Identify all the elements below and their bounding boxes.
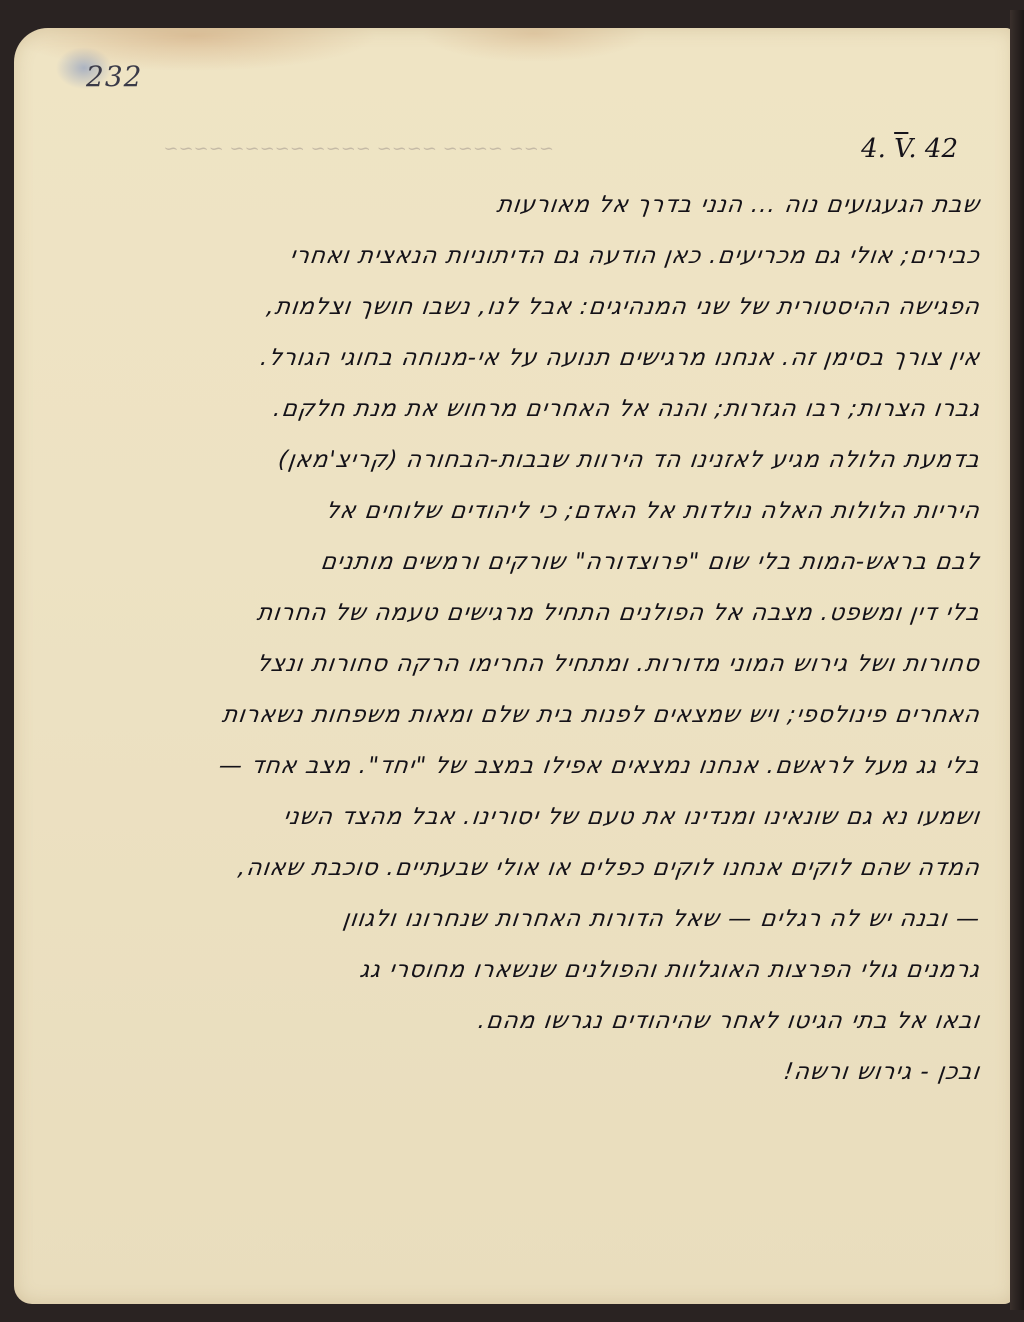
scanned-document: 232 ~~~ ~~~~ ~~~~ ~~~~ ~~~~~ ~~~~ 4. V. … <box>0 0 1024 1322</box>
entry-date: 4. V. 42 <box>861 134 958 164</box>
text-line: גברו הצרות; רבו הגזרות; והנה אל האחרים מ… <box>56 384 983 435</box>
text-line: בלי דין ומשפט. מצבה אל הפולנים התחיל מרג… <box>56 588 983 639</box>
text-line: האחרים פינולספי; ויש שמצאים לפנות בית של… <box>56 690 983 741</box>
text-line: אין צורך בסימן זה. אנחנו מרגישים תנועה ע… <box>56 333 983 384</box>
date-month: V <box>894 134 908 164</box>
text-line: בדמעת הלולה מגיע לאזנינו הד הירוות שבבות… <box>56 435 983 486</box>
text-line: המדה שהם לוקים אנחנו לוקים כפלים או אולי… <box>56 843 983 894</box>
text-line: סחורות ושל גירוש המוני מדורות. ומתחיל הח… <box>56 639 983 690</box>
book-spine-edge <box>1010 10 1024 1310</box>
diary-entry-body: שבת הגעגועים נוה ... הנני בדרך אל מאורעו… <box>60 180 980 1098</box>
date-day: 4. <box>861 134 886 164</box>
text-line: כבירים; אולי גם מכריעים. כאן הודעה גם הד… <box>56 231 983 282</box>
text-line: בלי גג מעל לראשם. אנחנו נמצאים אפילו במצ… <box>56 741 983 792</box>
text-line: ובאו אל בתי הגיטו לאחר שהיהודים נגרשו מה… <box>56 996 983 1047</box>
text-line: שבת הגעגועים נוה ... הנני בדרך אל מאורעו… <box>56 180 983 231</box>
text-line: הפגישה ההיסטורית של שני המנהיגים: אבל לנ… <box>56 282 983 333</box>
closing-line: ובכן - גירוש ורשה! <box>56 1047 983 1098</box>
text-line: ושמעו נא גם שונאינו ומנדינו את טעם של יס… <box>56 792 983 843</box>
date-separator: . <box>908 134 925 164</box>
date-year: 42 <box>925 134 958 164</box>
text-line: היריות הלולות האלה נולדות אל האדם; כי לי… <box>56 486 983 537</box>
text-line: גרמנים גולי הפרצות האוגלוות והפולנים שנש… <box>56 945 983 996</box>
diary-page: 232 ~~~ ~~~~ ~~~~ ~~~~ ~~~~~ ~~~~ 4. V. … <box>14 28 1014 1304</box>
page-number: 232 <box>86 60 142 93</box>
bleed-through-text: ~~~ ~~~~ ~~~~ ~~~~ ~~~~~ ~~~~ <box>74 138 554 159</box>
text-line: לבם בראש-המות בלי שום "פרוצדורה" שורקים … <box>56 537 983 588</box>
text-line: — ובנה יש לה רגלים — שאל הדורות האחרות ש… <box>56 894 983 945</box>
